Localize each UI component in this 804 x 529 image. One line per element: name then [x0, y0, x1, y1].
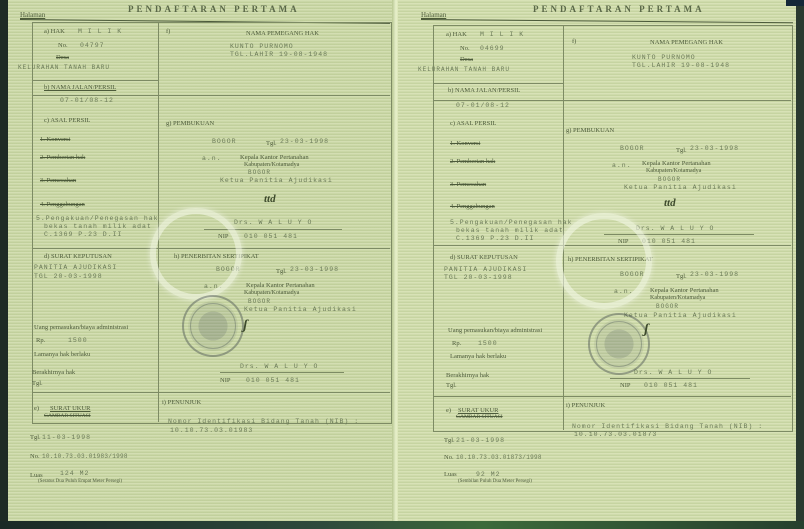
hak-label: a) HAK — [44, 28, 65, 35]
penerbitan-tgl-value: 23-03-1998 — [690, 271, 739, 278]
penunjuk-label: i) PENUNJUK — [162, 399, 201, 406]
penerbitan-tgl-label: Tgl. — [676, 273, 687, 280]
penerbitan-office: Kepala Kantor Pertanahan — [246, 282, 315, 289]
surat-ukur-num: e) — [34, 405, 39, 412]
gambar-situasi-label: GAMBAR SITUASI — [44, 413, 91, 419]
pembukuan-city: BOGOR — [248, 169, 271, 176]
asal-persil-item: 4. Penggabungan — [450, 203, 495, 210]
surat-keputusan-line2: TGL 20-03-1998 — [34, 273, 103, 280]
gambar-situasi-label: GAMBAR SITUASI — [456, 414, 503, 420]
signature-line — [220, 372, 344, 373]
hak-no-label: No. — [58, 42, 68, 49]
nama-jalan-label: b) NAMA JALAN/PERSIL — [448, 87, 520, 94]
row-divider — [433, 396, 791, 397]
emblem-watermark — [556, 213, 652, 309]
penunjuk-line2: 10.10.73.03.01873 — [574, 431, 657, 438]
pembukuan-office: Kepala Kantor Pertanahan — [240, 154, 309, 161]
penerbitan-nip-label: NIP — [620, 382, 630, 389]
pembukuan-office2: Kabupaten/Kotamadya — [646, 168, 701, 174]
pembukuan-tgl-value: 23-03-1998 — [280, 138, 329, 145]
asal-persil-item: 2. Pemberian hak — [450, 158, 495, 165]
emblem-watermark — [150, 208, 242, 300]
penerbitan-office: Kepala Kantor Pertanahan — [650, 287, 719, 294]
asal-persil-label: c) ASAL PERSIL — [44, 117, 90, 124]
asal-persil-note: 5.Pengakuan/Penegasan hak — [450, 219, 573, 226]
surat-ukur-no-label: No. — [444, 454, 454, 461]
row-divider — [32, 95, 390, 96]
pembukuan-signature: ttd — [664, 197, 676, 209]
hak-no-value: 04797 — [80, 42, 105, 49]
pembukuan-nip-value: 010 051 481 — [642, 238, 696, 245]
pemegang-name: KUNTO PURNOMO — [230, 43, 294, 50]
nama-jalan-value: 07-01/08-12 — [456, 102, 510, 109]
pembukuan-place: BOGOR — [620, 145, 645, 152]
pembukuan-nip-value: 010 051 481 — [244, 233, 298, 240]
surat-keputusan-line1: PANITIA AJUDIKASI — [34, 264, 117, 271]
luas-value: 92 M2 — [476, 471, 501, 478]
surat-ukur-tgl-value: 11-03-1998 — [42, 434, 91, 441]
asal-persil-item: 3. Pemecahan — [450, 181, 486, 188]
pembukuan-tgl-value: 23-03-1998 — [690, 145, 739, 152]
penerbitan-nip-label: NIP — [220, 377, 230, 384]
desa-label: Desa — [460, 56, 473, 63]
penerbitan-role: Ketua Panitia Ajudikasi — [244, 306, 357, 313]
corner-tab — [786, 0, 804, 6]
pembukuan-role: Ketua Panitia Ajudikasi — [220, 177, 333, 184]
lamanya-label: Lamanya hak berlaku — [34, 351, 90, 358]
penunjuk-line2: 10.10.73.03.01983 — [170, 427, 253, 434]
uang-pemasukan-label: Uang pemasukan/biaya administrasi — [34, 324, 128, 331]
pembukuan-signature: ttd — [264, 193, 276, 205]
penunjuk-label: i) PENUNJUK — [566, 402, 605, 409]
pemegang-dob: TGL.LAHIR 19-08-1948 — [230, 51, 328, 58]
surat-ukur-num: e) — [446, 407, 451, 414]
surat-ukur-tgl-value: 21-03-1998 — [456, 437, 505, 444]
surat-keputusan-label: d) SURAT KEPUTUSAN — [450, 254, 518, 261]
pembukuan-role: Ketua Panitia Ajudikasi — [624, 184, 737, 191]
pembukuan-city: BOGOR — [658, 176, 681, 183]
bottom-edge — [0, 521, 804, 529]
page-title: PENDAFTARAN PERTAMA — [128, 4, 300, 14]
pemegang-label: NAMA PEMEGANG HAK — [650, 39, 723, 46]
asal-persil-label: c) ASAL PERSIL — [450, 120, 496, 127]
asal-persil-item: 3. Pemecahan — [40, 177, 76, 184]
penerbitan-signature: ʃ — [644, 322, 649, 338]
pembukuan-label: g) PEMBUKUAN — [166, 120, 214, 127]
asal-persil-item: 1. Konversi — [450, 140, 480, 147]
hak-label: a) HAK — [446, 31, 467, 38]
pembukuan-official-name: Drs. W A L U Y O — [234, 219, 312, 226]
halaman-label: Halaman — [20, 11, 45, 19]
desa-value: KELURAHAN TANAH BARU — [18, 64, 110, 71]
desa-label: Desa — [56, 54, 69, 61]
asal-persil-note: 5.Pengakuan/Penegasan hak — [36, 215, 159, 222]
surat-keputusan-line1: PANITIA AJUDIKASI — [444, 266, 527, 273]
surat-ukur-tgl-label: Tgl. — [30, 434, 41, 441]
header-rule — [421, 19, 793, 23]
pemegang-dob: TGL.LAHIR 19-08-1948 — [632, 62, 730, 69]
left-page: PENDAFTARAN PERTAMA Halaman a) HAK M I L… — [8, 0, 396, 521]
pemegang-label: NAMA PEMEGANG HAK — [246, 30, 319, 37]
rp-value: 1500 — [478, 340, 498, 347]
penunjuk-line1: Nomor Identifikasi Bidang Tanah (NIB) : — [572, 423, 763, 430]
hak-no-value: 04699 — [480, 45, 505, 52]
penunjuk-line1: Nomor Identifikasi Bidang Tanah (NIB) : — [168, 418, 359, 425]
penerbitan-official-name: Drs. W A L U Y O — [634, 369, 712, 376]
surat-ukur-tgl-label: Tgl. — [444, 437, 455, 444]
asal-persil-item: 4. Penggabungan — [40, 201, 85, 208]
asal-persil-note: C.1369 P.23 D.II — [456, 235, 534, 242]
pemegang-num: f) — [572, 38, 576, 45]
row-divider — [32, 392, 390, 393]
row-divider — [32, 80, 159, 81]
surat-ukur-label: SURAT UKUR — [458, 407, 499, 414]
luas-label: Luas — [30, 472, 43, 479]
asal-persil-item: 2. Pemberian hak — [40, 154, 85, 161]
luas-label: Luas — [444, 471, 457, 478]
certificate-spread: PENDAFTARAN PERTAMA Halaman a) HAK M I L… — [0, 0, 804, 529]
hak-value: M I L I K — [480, 31, 524, 38]
surat-ukur-no-value: 10.10.73.03.01873/1998 — [456, 454, 542, 461]
right-page: PENDAFTARAN PERTAMA Halaman a) HAK M I L… — [398, 0, 796, 521]
berakhirnya-label: Berakhirnya hak — [32, 369, 75, 376]
surat-ukur-no-value: 10.10.73.03.01983/1998 — [42, 453, 128, 460]
penerbitan-official-name: Drs. W A L U Y O — [240, 363, 318, 370]
official-seal-stamp — [588, 313, 650, 375]
pemegang-num: f) — [166, 28, 170, 35]
luas-value: 124 M2 — [60, 470, 89, 477]
pembukuan-an: a.n. — [612, 162, 632, 169]
luas-note: (Seratus Dua Puluh Empat Meter Persegi) — [38, 479, 122, 484]
nama-jalan-label: b) NAMA JALAN/PERSIL — [44, 84, 116, 91]
pembukuan-place: BOGOR — [212, 138, 237, 145]
surat-keputusan-line2: TGL 20-03-1998 — [444, 274, 513, 281]
rp-label: Rp. — [36, 337, 45, 344]
asal-persil-note: C.1369 P.23 D.II — [44, 231, 122, 238]
row-divider — [433, 100, 791, 101]
asal-persil-note: bekas tanah milik adat — [456, 227, 564, 234]
berakhirnya-label: Berakhirnya hak — [446, 372, 489, 379]
penerbitan-city: BOGOR — [656, 303, 679, 310]
penerbitan-role: Ketua Panitia Ajudikasi — [624, 312, 737, 319]
pemegang-name: KUNTO PURNOMO — [632, 54, 696, 61]
desa-value: KELURAHAN TANAH BARU — [418, 66, 510, 73]
surat-ukur-no-label: No. — [30, 453, 40, 460]
official-seal-stamp — [182, 295, 244, 357]
row-divider — [433, 83, 564, 84]
surat-ukur-label: SURAT UKUR — [50, 405, 91, 412]
penerbitan-nip-value: 010 051 481 — [246, 377, 300, 384]
column-divider — [158, 22, 159, 422]
berakhirnya-tgl-label: Tgl. — [446, 382, 457, 389]
pembukuan-official-name: Drs. W A L U Y O — [636, 225, 714, 232]
penerbitan-city: BOGOR — [248, 298, 271, 305]
binding-edge-right — [796, 0, 804, 529]
pembukuan-tgl-label: Tgl. — [266, 140, 277, 147]
signature-line — [610, 378, 750, 379]
asal-persil-note: bekas tanah milik adat — [44, 223, 152, 230]
penerbitan-signature: ʃ — [243, 318, 248, 334]
surat-keputusan-label: d) SURAT KEPUTUSAN — [44, 253, 112, 260]
uang-pemasukan-label: Uang pemasukan/biaya administrasi — [448, 327, 542, 334]
penerbitan-office2: Kabupaten/Kotamadya — [650, 295, 705, 301]
rp-label: Rp. — [452, 340, 461, 347]
halaman-label: Halaman — [421, 11, 446, 19]
nama-jalan-value: 07-01/08-12 — [60, 97, 114, 104]
penerbitan-office2: Kabupaten/Kotamadya — [244, 290, 299, 296]
page-title: PENDAFTARAN PERTAMA — [533, 4, 705, 14]
pembukuan-office: Kepala Kantor Pertanahan — [642, 160, 711, 167]
hak-value: M I L I K — [78, 28, 122, 35]
penerbitan-tgl-label: Tgl. — [276, 268, 287, 275]
lamanya-label: Lamanya hak berlaku — [450, 353, 506, 360]
rp-value: 1500 — [68, 337, 88, 344]
hak-no-label: No. — [460, 45, 470, 52]
penerbitan-nip-value: 010 051 481 — [644, 382, 698, 389]
berakhirnya-tgl-label: Tgl. — [32, 380, 43, 387]
penerbitan-tgl-value: 23-03-1998 — [290, 266, 339, 273]
pembukuan-label: g) PEMBUKUAN — [566, 127, 614, 134]
pembukuan-office2: Kabupaten/Kotamadya — [244, 162, 299, 168]
pembukuan-an: a.n. — [202, 155, 222, 162]
luas-note: (Sembilan Puluh Dua Meter Persegi) — [458, 479, 532, 484]
pembukuan-tgl-label: Tgl. — [676, 147, 687, 154]
asal-persil-item: 1. Konversi — [40, 136, 70, 143]
